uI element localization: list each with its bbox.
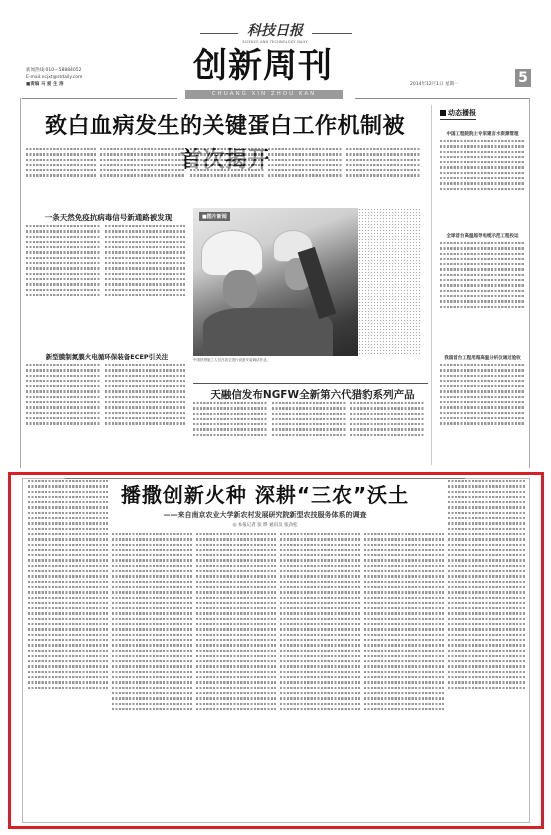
sidebar-column: [440, 140, 525, 228]
contact-email: E-mail:ncjxt@stdaily.com: [26, 74, 82, 81]
square-bullet-icon: [440, 110, 446, 116]
paper-name-english: SCIENCE AND TECHNOLOGY DAILY: [230, 40, 320, 44]
article-column: [268, 148, 343, 203]
logo-rule-right: [312, 33, 352, 34]
article-column: [100, 148, 185, 198]
feature-column: [28, 480, 108, 820]
article-column: [26, 225, 101, 343]
article-column: [346, 148, 421, 203]
sidebar-divider: [431, 105, 432, 465]
photo-helmet: [201, 230, 263, 276]
feature-subtitle: ——来自南京农业大学新农村发展研究院新型农技服务体系的调查: [115, 510, 415, 520]
photo-face: [223, 270, 257, 308]
photo-figure: [203, 308, 333, 356]
paper-logo: 科技日报: [240, 20, 310, 40]
section-rule: [193, 383, 428, 384]
issue-date: 2014年12月1日 星期一: [410, 81, 458, 87]
photo-caption: 中国铁塔施工人员在高空进行设备安装调试作业。: [193, 358, 420, 372]
feature-column: [112, 533, 192, 820]
logo-rule-left: [200, 33, 238, 34]
feature-column: [196, 533, 276, 820]
sidebar-column: [440, 242, 525, 352]
sidebar-item-headline: 中国工程院院士专家建言水资源管理: [440, 131, 525, 137]
article-column: [190, 148, 265, 203]
feature-headline: 播撒创新火种 深耕“三农”沃土: [115, 480, 415, 510]
sub-headline-ecep: 新型膜制氮膜火电循环保装备ECEP引关注: [33, 352, 181, 361]
feature-column: [448, 480, 526, 820]
article-column: [193, 402, 268, 464]
contact-phone: 新闻热线:010—58884052: [26, 67, 82, 74]
page-number: 5: [515, 69, 531, 87]
feature-byline: ◎ 本报记者 张 晔 通讯员 张劲松: [115, 522, 415, 528]
halftone-background: [358, 208, 420, 356]
sidebar-title-text: 动态播报: [448, 109, 476, 117]
section-title: 创新周刊: [193, 46, 333, 86]
article-column: [105, 225, 185, 343]
sidebar-title: 动态播报: [440, 108, 476, 120]
sidebar-item-headline: 我国首台工程用超高温分析仪通过验收: [440, 355, 525, 361]
feature-top-rule: [65, 478, 465, 479]
ngfw-headline: 天融信发布NGFW全新第六代猎豹系列产品: [200, 387, 425, 402]
article-column: [26, 148, 96, 198]
masthead: 科技日报 SCIENCE AND TECHNOLOGY DAILY 创新周刊 C…: [0, 0, 551, 100]
contact-editor: ■责编 马 爱 生 涛: [26, 81, 82, 88]
sidebar-item-headline: 全球首台高温超导电缆示范工程投运: [440, 233, 525, 239]
sidebar-column: [440, 364, 525, 464]
news-photo-workers: ■图片新闻: [193, 208, 358, 356]
feature-column: [364, 533, 444, 820]
article-column: [26, 364, 101, 464]
sub-headline-immune: 一条天然免疫抗病毒信号新通路被发现: [36, 212, 181, 223]
article-column: [350, 402, 425, 464]
article-column: [105, 364, 185, 464]
photo-label: ■图片新闻: [199, 212, 230, 221]
feature-column: [280, 533, 360, 820]
article-column: [272, 402, 347, 464]
contact-info: 新闻热线:010—58884052 E-mail:ncjxt@stdaily.c…: [26, 67, 82, 88]
